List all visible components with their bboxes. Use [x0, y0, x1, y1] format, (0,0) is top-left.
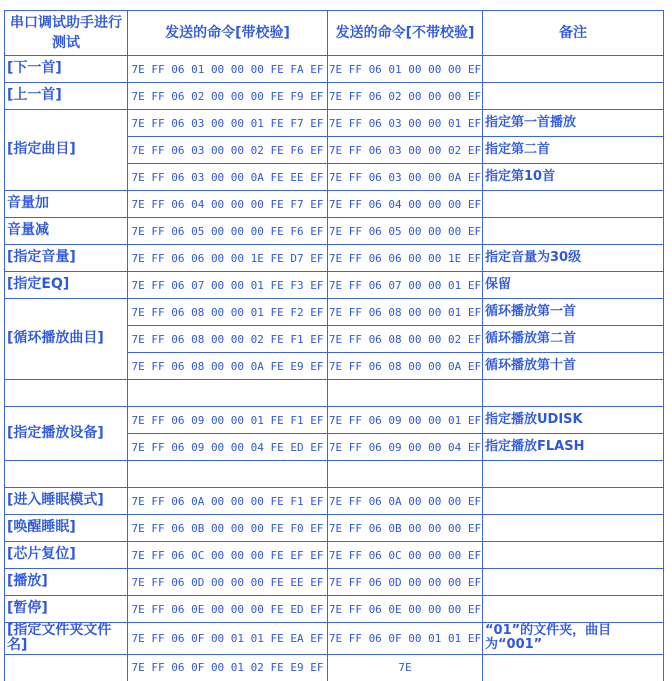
remark-cell: [483, 218, 664, 245]
cmd-no-checksum-cell: 7E FF 06 08 00 00 01 EF: [328, 299, 483, 326]
cmd-checksum-cell: 7E FF 06 0C 00 00 00 FE EF EF: [128, 542, 328, 569]
cmd-checksum-cell: [128, 461, 328, 488]
cmd-checksum-cell: 7E FF 06 08 00 00 01 FE F2 EF: [128, 299, 328, 326]
cmd-checksum-cell: [128, 380, 328, 407]
test-action-cell: [指定音量]: [5, 245, 128, 272]
test-action-cell: [5, 654, 128, 681]
remark-cell: [483, 380, 664, 407]
remark-cell: 指定第10首: [483, 164, 664, 191]
cmd-checksum-cell: 7E FF 06 0E 00 00 00 FE ED EF: [128, 596, 328, 623]
cmd-no-checksum-cell: 7E FF 06 08 00 00 0A EF: [328, 353, 483, 380]
cmd-no-checksum-cell: 7E FF 06 0F 00 01 01 EF: [328, 623, 483, 655]
test-action-cell: [指定文件夹文件名]: [5, 623, 128, 655]
serial-commands-table: 串口调试助手进行测试 发送的命令[带校验] 发送的命令[不带校验] 备注 [下一…: [4, 10, 664, 681]
table-row: [唤醒睡眠] 7E FF 06 0B 00 00 00 FE F0 EF 7E …: [5, 515, 664, 542]
remark-cell: [483, 461, 664, 488]
table-row: [指定文件夹文件名] 7E FF 06 0F 00 01 01 FE EA EF…: [5, 623, 664, 655]
table-row: [指定EQ] 7E FF 06 07 00 00 01 FE F3 EF 7E …: [5, 272, 664, 299]
remark-cell: [483, 56, 664, 83]
test-action-cell: [上一首]: [5, 83, 128, 110]
table-row: [进入睡眠模式] 7E FF 06 0A 00 00 00 FE F1 EF 7…: [5, 488, 664, 515]
cmd-no-checksum-cell: 7E FF 06 03 00 00 02 EF: [328, 137, 483, 164]
cmd-checksum-cell: 7E FF 06 06 00 00 1E FE D7 EF: [128, 245, 328, 272]
remark-cell: [483, 569, 664, 596]
test-action-cell: 音量减: [5, 218, 128, 245]
remark-cell: 指定播放UDISK: [483, 407, 664, 434]
remark-cell: [483, 83, 664, 110]
remark-cell: 保留: [483, 272, 664, 299]
remark-cell: 循环播放第一首: [483, 299, 664, 326]
cmd-no-checksum-cell: 7E: [328, 654, 483, 681]
remark-cell: [483, 654, 664, 681]
test-action-cell: [循环播放曲目]: [5, 299, 128, 380]
cmd-checksum-cell: 7E FF 06 0D 00 00 00 FE EE EF: [128, 569, 328, 596]
test-action-cell: 音量加: [5, 191, 128, 218]
cmd-no-checksum-cell: 7E FF 06 04 00 00 00 EF: [328, 191, 483, 218]
cmd-checksum-cell: 7E FF 06 0F 00 01 02 FE E9 EF: [128, 654, 328, 681]
test-action-cell: [芯片复位]: [5, 542, 128, 569]
remark-cell: [483, 542, 664, 569]
cmd-no-checksum-cell: 7E FF 06 02 00 00 00 EF: [328, 83, 483, 110]
table-row: 7E FF 06 0F 00 01 02 FE E9 EF 7E: [5, 654, 664, 681]
remark-cell: 指定第一首播放: [483, 110, 664, 137]
cmd-no-checksum-cell: 7E FF 06 01 00 00 00 EF: [328, 56, 483, 83]
remark-cell: 循环播放第二首: [483, 326, 664, 353]
remark-cell: [483, 596, 664, 623]
test-action-cell: [唤醒睡眠]: [5, 515, 128, 542]
cmd-checksum-cell: 7E FF 06 08 00 00 0A FE E9 EF: [128, 353, 328, 380]
cmd-checksum-cell: 7E FF 06 09 00 00 01 FE F1 EF: [128, 407, 328, 434]
cmd-checksum-cell: 7E FF 06 04 00 00 00 FE F7 EF: [128, 191, 328, 218]
cmd-checksum-cell: 7E FF 06 08 00 00 02 FE F1 EF: [128, 326, 328, 353]
table-row: [芯片复位] 7E FF 06 0C 00 00 00 FE EF EF 7E …: [5, 542, 664, 569]
test-action-cell: [指定播放设备]: [5, 407, 128, 461]
table-row: [播放] 7E FF 06 0D 00 00 00 FE EE EF 7E FF…: [5, 569, 664, 596]
cmd-checksum-cell: 7E FF 06 02 00 00 00 FE F9 EF: [128, 83, 328, 110]
remark-cell: “01”的文件夹，曲目为“001”: [483, 623, 664, 655]
cmd-checksum-cell: 7E FF 06 03 00 00 01 FE F7 EF: [128, 110, 328, 137]
table-row: [指定播放设备] 7E FF 06 09 00 00 01 FE F1 EF 7…: [5, 407, 664, 434]
cmd-no-checksum-cell: 7E FF 06 03 00 00 01 EF: [328, 110, 483, 137]
remark-cell: 指定第二首: [483, 137, 664, 164]
table-row: [暂停] 7E FF 06 0E 00 00 00 FE ED EF 7E FF…: [5, 596, 664, 623]
table-row: [循环播放曲目] 7E FF 06 08 00 00 01 FE F2 EF 7…: [5, 299, 664, 326]
remark-cell: [483, 488, 664, 515]
cmd-no-checksum-cell: [328, 461, 483, 488]
test-action-cell: [5, 461, 128, 488]
cmd-no-checksum-cell: 7E FF 06 07 00 00 01 EF: [328, 272, 483, 299]
cmd-no-checksum-cell: 7E FF 06 0D 00 00 00 EF: [328, 569, 483, 596]
table-row: [上一首] 7E FF 06 02 00 00 00 FE F9 EF 7E F…: [5, 83, 664, 110]
table-row: 音量加 7E FF 06 04 00 00 00 FE F7 EF 7E FF …: [5, 191, 664, 218]
cmd-no-checksum-cell: 7E FF 06 09 00 00 01 EF: [328, 407, 483, 434]
header-test-action: 串口调试助手进行测试: [5, 11, 128, 56]
remark-cell: 指定播放FLASH: [483, 434, 664, 461]
cmd-no-checksum-cell: 7E FF 06 08 00 00 02 EF: [328, 326, 483, 353]
cmd-checksum-cell: 7E FF 06 07 00 00 01 FE F3 EF: [128, 272, 328, 299]
cmd-no-checksum-cell: [328, 380, 483, 407]
cmd-no-checksum-cell: 7E FF 06 0E 00 00 00 EF: [328, 596, 483, 623]
test-action-cell: [5, 380, 128, 407]
cmd-checksum-cell: 7E FF 06 0B 00 00 00 FE F0 EF: [128, 515, 328, 542]
remark-cell: 指定音量为30级: [483, 245, 664, 272]
test-action-cell: [下一首]: [5, 56, 128, 83]
header-remark: 备注: [483, 11, 664, 56]
page-container: 串口调试助手进行测试 发送的命令[带校验] 发送的命令[不带校验] 备注 [下一…: [0, 0, 672, 681]
table-row-empty: [5, 461, 664, 488]
cmd-no-checksum-cell: 7E FF 06 09 00 00 04 EF: [328, 434, 483, 461]
cmd-no-checksum-cell: 7E FF 06 06 00 00 1E EF: [328, 245, 483, 272]
test-action-cell: [暂停]: [5, 596, 128, 623]
cmd-no-checksum-cell: 7E FF 06 0A 00 00 00 EF: [328, 488, 483, 515]
cmd-checksum-cell: 7E FF 06 03 00 00 02 FE F6 EF: [128, 137, 328, 164]
header-cmd-without-checksum: 发送的命令[不带校验]: [328, 11, 483, 56]
remark-cell: 循环播放第十首: [483, 353, 664, 380]
table-row: [指定音量] 7E FF 06 06 00 00 1E FE D7 EF 7E …: [5, 245, 664, 272]
test-action-cell: [进入睡眠模式]: [5, 488, 128, 515]
table-row-empty: [5, 380, 664, 407]
cmd-no-checksum-cell: 7E FF 06 03 00 00 0A EF: [328, 164, 483, 191]
cmd-checksum-cell: 7E FF 06 0A 00 00 00 FE F1 EF: [128, 488, 328, 515]
test-action-cell: [播放]: [5, 569, 128, 596]
table-row: [指定曲目] 7E FF 06 03 00 00 01 FE F7 EF 7E …: [5, 110, 664, 137]
cmd-checksum-cell: 7E FF 06 01 00 00 00 FE FA EF: [128, 56, 328, 83]
remark-cell: [483, 515, 664, 542]
cmd-no-checksum-cell: 7E FF 06 0C 00 00 00 EF: [328, 542, 483, 569]
cmd-checksum-cell: 7E FF 06 05 00 00 00 FE F6 EF: [128, 218, 328, 245]
test-action-cell: [指定EQ]: [5, 272, 128, 299]
table-row: 音量减 7E FF 06 05 00 00 00 FE F6 EF 7E FF …: [5, 218, 664, 245]
remark-cell: [483, 191, 664, 218]
table-row: [下一首] 7E FF 06 01 00 00 00 FE FA EF 7E F…: [5, 56, 664, 83]
table-header-row: 串口调试助手进行测试 发送的命令[带校验] 发送的命令[不带校验] 备注: [5, 11, 664, 56]
cmd-no-checksum-cell: 7E FF 06 0B 00 00 00 EF: [328, 515, 483, 542]
cmd-checksum-cell: 7E FF 06 03 00 00 0A FE EE EF: [128, 164, 328, 191]
cmd-no-checksum-cell: 7E FF 06 05 00 00 00 EF: [328, 218, 483, 245]
cmd-checksum-cell: 7E FF 06 09 00 00 04 FE ED EF: [128, 434, 328, 461]
cmd-checksum-cell: 7E FF 06 0F 00 01 01 FE EA EF: [128, 623, 328, 655]
header-cmd-with-checksum: 发送的命令[带校验]: [128, 11, 328, 56]
test-action-cell: [指定曲目]: [5, 110, 128, 191]
